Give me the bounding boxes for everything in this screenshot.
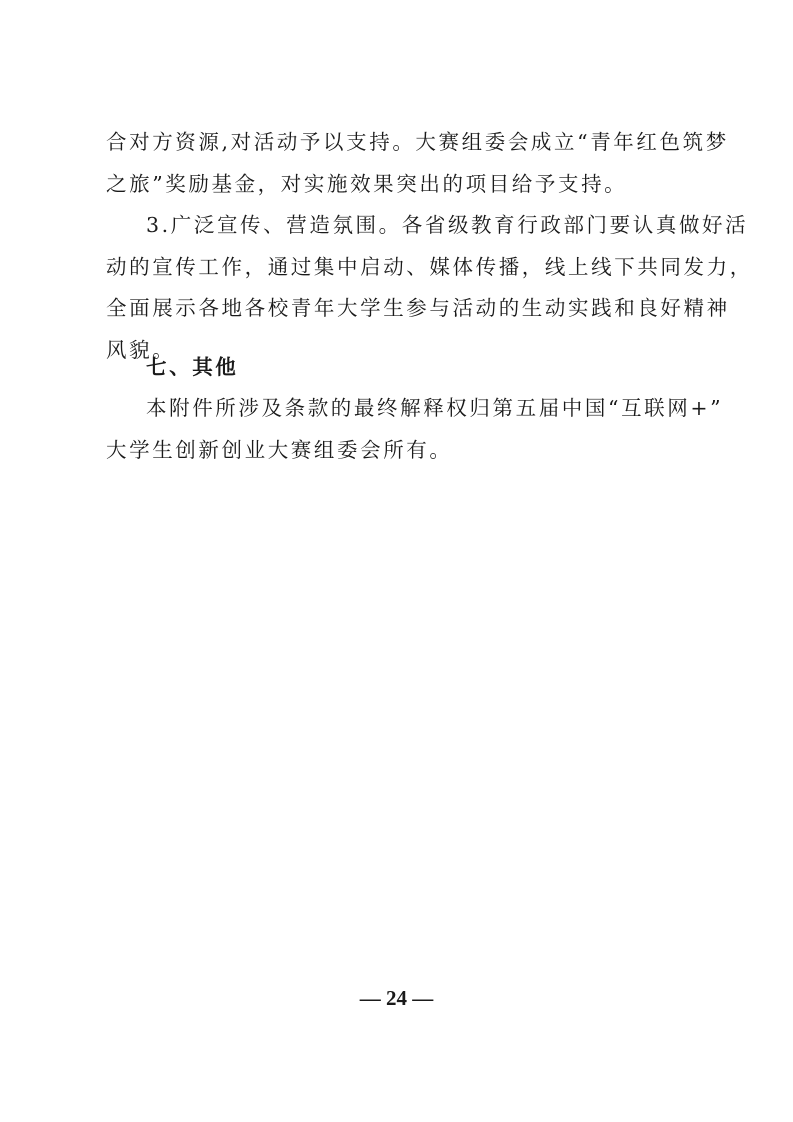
section-heading: 七、其他 bbox=[146, 353, 691, 381]
paragraph-2-line-1: 3.广泛宣传、营造氛围。各省级教育行政部门要认真做好活 bbox=[146, 211, 691, 239]
page-number: — 24 — bbox=[0, 986, 793, 1011]
paragraph-2-line-2: 动的宣传工作，通过集中启动、媒体传播，线上线下共同发力， bbox=[106, 253, 691, 281]
paragraph-3-line-2: 大学生创新创业大赛组委会所有。 bbox=[106, 436, 691, 464]
paragraph-1-line-1: 合对方资源,对活动予以支持。大赛组委会成立“青年红色筑梦 bbox=[106, 128, 691, 156]
document-page: 合对方资源,对活动予以支持。大赛组委会成立“青年红色筑梦 之旅”奖励基金，对实施… bbox=[0, 0, 793, 1122]
paragraph-1-line-2: 之旅”奖励基金，对实施效果突出的项目给予支持。 bbox=[106, 170, 691, 198]
paragraph-3-line-1: 本附件所涉及条款的最终解释权归第五届中国“互联网+” bbox=[146, 394, 691, 422]
paragraph-2-line-3: 全面展示各地各校青年大学生参与活动的生动实践和良好精神 bbox=[106, 294, 691, 322]
